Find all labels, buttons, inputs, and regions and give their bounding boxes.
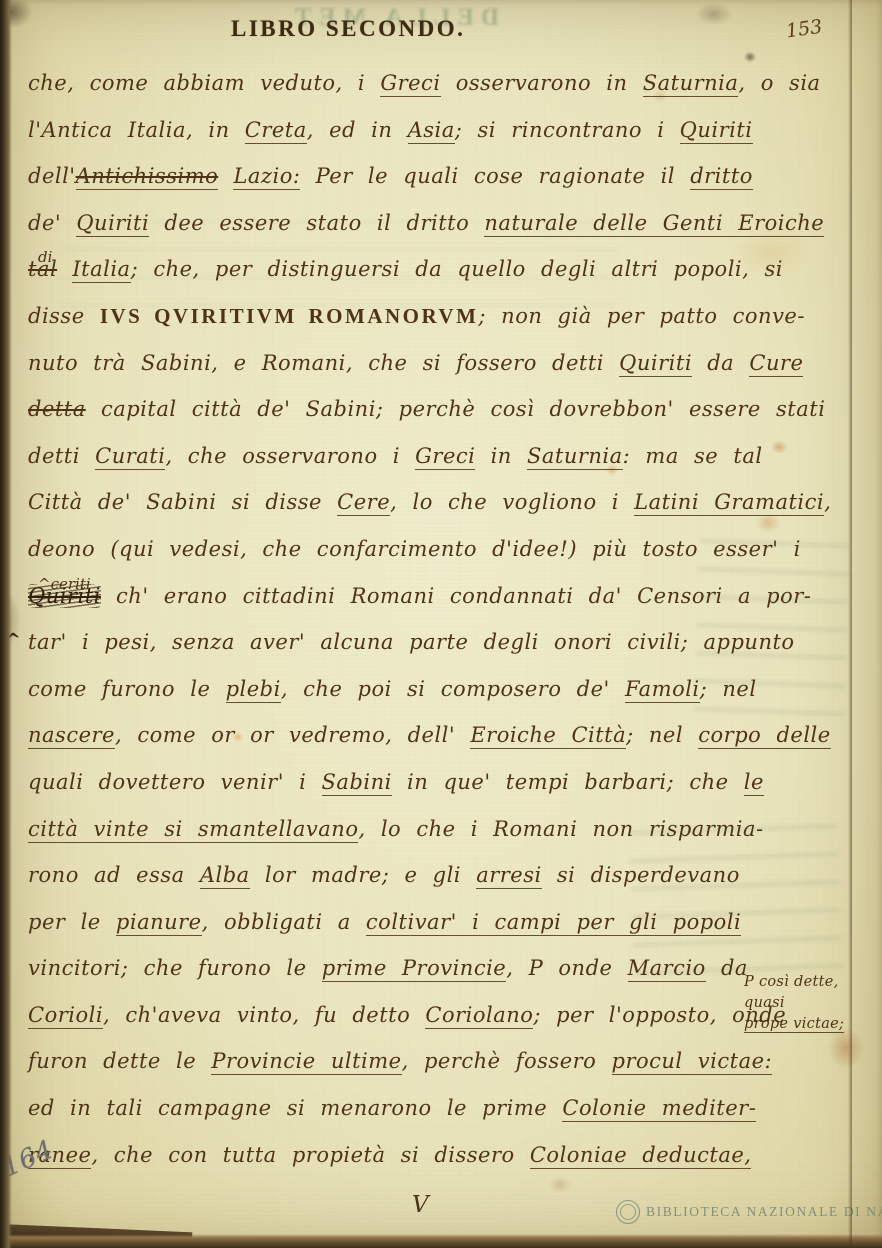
text-segment: in que' tempi barbari; che bbox=[392, 770, 744, 794]
text-segment: naturale delle Genti Eroiche bbox=[484, 211, 824, 237]
text-segment: vincitori; che furono le bbox=[28, 956, 322, 980]
text-segment: da bbox=[692, 351, 749, 375]
text-segment: pianure bbox=[116, 910, 202, 936]
text-segment: Quiriti bbox=[76, 211, 149, 237]
text-segment: nascere bbox=[28, 723, 115, 749]
text-segment: capital città de' Sabini; perchè così do… bbox=[86, 397, 826, 421]
manuscript-line: città vinte si smantellavano, lo che i R… bbox=[28, 806, 830, 853]
library-stamp: BIBLIOTECA NAZIONALE DI NAPOLI bbox=[616, 1200, 882, 1224]
text-segment: quali dovettero venir' i bbox=[28, 770, 322, 794]
text-segment: Curati bbox=[95, 444, 165, 470]
manuscript-line: vincitori; che furono le prime Provincie… bbox=[28, 945, 830, 992]
page-title: LIBRO SECONDO. bbox=[231, 16, 465, 42]
manuscript-line: detti Curati, che osservarono i Greci in… bbox=[28, 433, 830, 480]
text-segment: , lo che i Romani non risparmia- bbox=[358, 817, 763, 841]
text-segment bbox=[218, 164, 233, 188]
text-segment: nuto trà Sabini, e Romani, che si fosser… bbox=[28, 351, 619, 375]
text-segment: le bbox=[744, 770, 764, 796]
interlinear-insertion: di bbox=[38, 250, 52, 265]
text-segment: prime Provincie bbox=[322, 956, 507, 982]
text-segment: Città de' Sabini si disse bbox=[28, 490, 337, 514]
text-segment: tar' i pesi, senza aver' alcuna parte de… bbox=[28, 630, 795, 654]
text-segment: in bbox=[475, 444, 527, 468]
text-segment: , lo che vogliono i bbox=[390, 490, 634, 514]
manuscript-line: tar' i pesi, senza aver' alcuna parte de… bbox=[28, 619, 830, 666]
text-segment: coltivar' i campi per gli popoli bbox=[366, 910, 741, 936]
text-segment bbox=[57, 257, 72, 281]
text-segment: Marcio bbox=[628, 956, 706, 982]
text-segment: Quiriti bbox=[680, 118, 753, 144]
text-segment: lor madre; e gli bbox=[250, 863, 477, 887]
text-segment: ch' erano cittadini Romani condannati da… bbox=[101, 584, 811, 608]
text-segment: detti bbox=[28, 444, 95, 468]
text-segment: rono ad essa bbox=[28, 863, 200, 887]
text-segment: , bbox=[824, 490, 831, 514]
text-segment: Alba bbox=[200, 863, 250, 889]
text-segment: l'Antica Italia, in bbox=[28, 118, 245, 142]
text-segment: , ch'aveva vinto, fu detto bbox=[103, 1003, 425, 1027]
text-segment: Asia bbox=[408, 118, 455, 144]
text-segment: plebi bbox=[226, 677, 281, 703]
text-segment: furon dette le bbox=[28, 1049, 211, 1073]
manuscript-line: detta capital città de' Sabini; perchè c… bbox=[28, 386, 830, 433]
manuscript-line: ed in tali campagne si menarono le prime… bbox=[28, 1085, 830, 1132]
text-segment: Italia bbox=[72, 257, 130, 283]
left-binding-edge bbox=[0, 0, 12, 1248]
text-segment: , che poi si composero de' bbox=[281, 677, 625, 701]
text-segment: Cere bbox=[337, 490, 390, 516]
bottom-book-edge bbox=[0, 1234, 882, 1248]
text-segment: città vinte si smantellavano bbox=[28, 817, 358, 843]
stamp-label: BIBLIOTECA NAZIONALE DI NAPOLI bbox=[646, 1204, 882, 1220]
text-segment: ; non già per patto conve- bbox=[478, 304, 805, 328]
text-segment: Saturnia bbox=[527, 444, 623, 470]
text-segment: Greci bbox=[380, 71, 440, 97]
text-segment: Per le quali cose ragionate il bbox=[300, 164, 690, 188]
text-segment: detta bbox=[28, 397, 86, 421]
manuscript-line: nascere, come or or vedremo, dell' Eroic… bbox=[28, 712, 830, 759]
text-segment: Latini Gramatici bbox=[634, 490, 824, 516]
text-segment: , P onde bbox=[506, 956, 627, 980]
text-segment: IVS QVIRITIVM ROMANORVM bbox=[100, 304, 479, 328]
manuscript-line: dell'Antichissimo Lazio: Per le quali co… bbox=[28, 153, 830, 200]
text-segment: per le bbox=[28, 910, 116, 934]
manuscript-line: Corioli, ch'aveva vinto, fu detto Coriol… bbox=[28, 992, 830, 1039]
text-segment: disse bbox=[28, 304, 100, 328]
text-segment: Sabini bbox=[322, 770, 392, 796]
text-segment: corpo delle bbox=[698, 723, 830, 749]
text-segment: , obbligati a bbox=[202, 910, 366, 934]
text-segment: , che con tutta propietà si dissero bbox=[91, 1143, 529, 1167]
text-segment: de' bbox=[28, 211, 76, 235]
text-segment: , perchè fossero bbox=[402, 1049, 612, 1073]
text-segment: ; che, per distinguersi da quello degli … bbox=[131, 257, 783, 281]
text-segment: Coriolano bbox=[425, 1003, 533, 1029]
text-segment: ed in tali campagne si menarono le prime bbox=[28, 1096, 562, 1120]
manuscript-line: ranee, che con tutta propietà si dissero… bbox=[28, 1132, 830, 1179]
text-segment: Coloniae deductae, bbox=[530, 1143, 752, 1169]
text-segment: dell' bbox=[28, 164, 76, 188]
text-segment: Greci bbox=[415, 444, 475, 470]
text-segment: Antichissimo bbox=[76, 164, 219, 190]
stamp-logo-icon bbox=[616, 1200, 640, 1224]
text-segment: Eroiche Città bbox=[470, 723, 626, 749]
text-segment: Corioli bbox=[28, 1003, 103, 1029]
text-segment: ; si rincontrano i bbox=[455, 118, 680, 142]
text-segment: Quiriti bbox=[619, 351, 692, 377]
text-segment: : ma se tal bbox=[623, 444, 763, 468]
manuscript-line: ^ceritiQuiriti ch' erano cittadini Roman… bbox=[28, 573, 830, 620]
manuscript-line: l'Antica Italia, in Creta, ed in Asia; s… bbox=[28, 107, 830, 154]
text-segment: ; nel bbox=[700, 677, 757, 701]
text-segment: deono (qui vedesi, che confarcimento d'i… bbox=[28, 537, 801, 561]
text-segment: , o sia bbox=[738, 71, 820, 95]
text-segment: , ed in bbox=[307, 118, 408, 142]
manuscript-line: deono (qui vedesi, che confarcimento d'i… bbox=[28, 526, 830, 573]
manuscript-line: dital Italia; che, per distinguersi da q… bbox=[28, 246, 830, 293]
interlinear-insertion: ^ceriti bbox=[38, 577, 91, 592]
text-segment: dee essere stato il dritto bbox=[149, 211, 484, 235]
text-segment: Creta bbox=[245, 118, 307, 144]
text-segment: che, come abbiam veduto, i bbox=[28, 71, 380, 95]
text-segment: Provincie ultime bbox=[211, 1049, 401, 1075]
text-segment: arresi bbox=[476, 863, 542, 889]
manuscript-line: Città de' Sabini si disse Cere, lo che v… bbox=[28, 479, 830, 526]
manuscript-line: de' Quiriti dee essere stato il dritto n… bbox=[28, 200, 830, 247]
manuscript-line: furon dette le Provincie ultime, perchè … bbox=[28, 1038, 830, 1085]
catchword: V bbox=[412, 1192, 429, 1218]
manuscript-line: che, come abbiam veduto, i Greci osserva… bbox=[28, 60, 830, 107]
text-segment: da bbox=[706, 956, 748, 980]
manuscript-line: nuto trà Sabini, e Romani, che si fosser… bbox=[28, 340, 830, 387]
text-segment: come furono le bbox=[28, 677, 226, 701]
text-segment: Cure bbox=[749, 351, 803, 377]
text-segment: Colonie mediter- bbox=[562, 1096, 756, 1122]
right-book-edge bbox=[850, 0, 882, 1248]
text-segment: Lazio: bbox=[233, 164, 300, 190]
manuscript-page: DELLA MET LIBRO SECONDO. 153 che, come a… bbox=[0, 0, 882, 1248]
manuscript-line: disse IVS QVIRITIVM ROMANORVM; non già p… bbox=[28, 293, 830, 340]
text-segment: Famoli bbox=[625, 677, 700, 703]
text-segment: , che osservarono i bbox=[165, 444, 415, 468]
text-segment: ; nel bbox=[626, 723, 698, 747]
text-segment: dritto bbox=[690, 164, 753, 190]
manuscript-line: come furono le plebi, che poi si compose… bbox=[28, 666, 830, 713]
manuscript-line: quali dovettero venir' i Sabini in que' … bbox=[28, 759, 830, 806]
manuscript-text: che, come abbiam veduto, i Greci osserva… bbox=[28, 60, 830, 1178]
manuscript-line: per le pianure, obbligati a coltivar' i … bbox=[28, 899, 830, 946]
manuscript-line: rono ad essa Alba lor madre; e gli arres… bbox=[28, 852, 830, 899]
text-segment: osservarono in bbox=[441, 71, 643, 95]
text-segment: , come or or vedremo, dell' bbox=[115, 723, 470, 747]
text-segment: procul victae: bbox=[612, 1049, 773, 1075]
text-segment: si disperdevano bbox=[542, 863, 740, 887]
text-segment: Saturnia bbox=[643, 71, 739, 97]
